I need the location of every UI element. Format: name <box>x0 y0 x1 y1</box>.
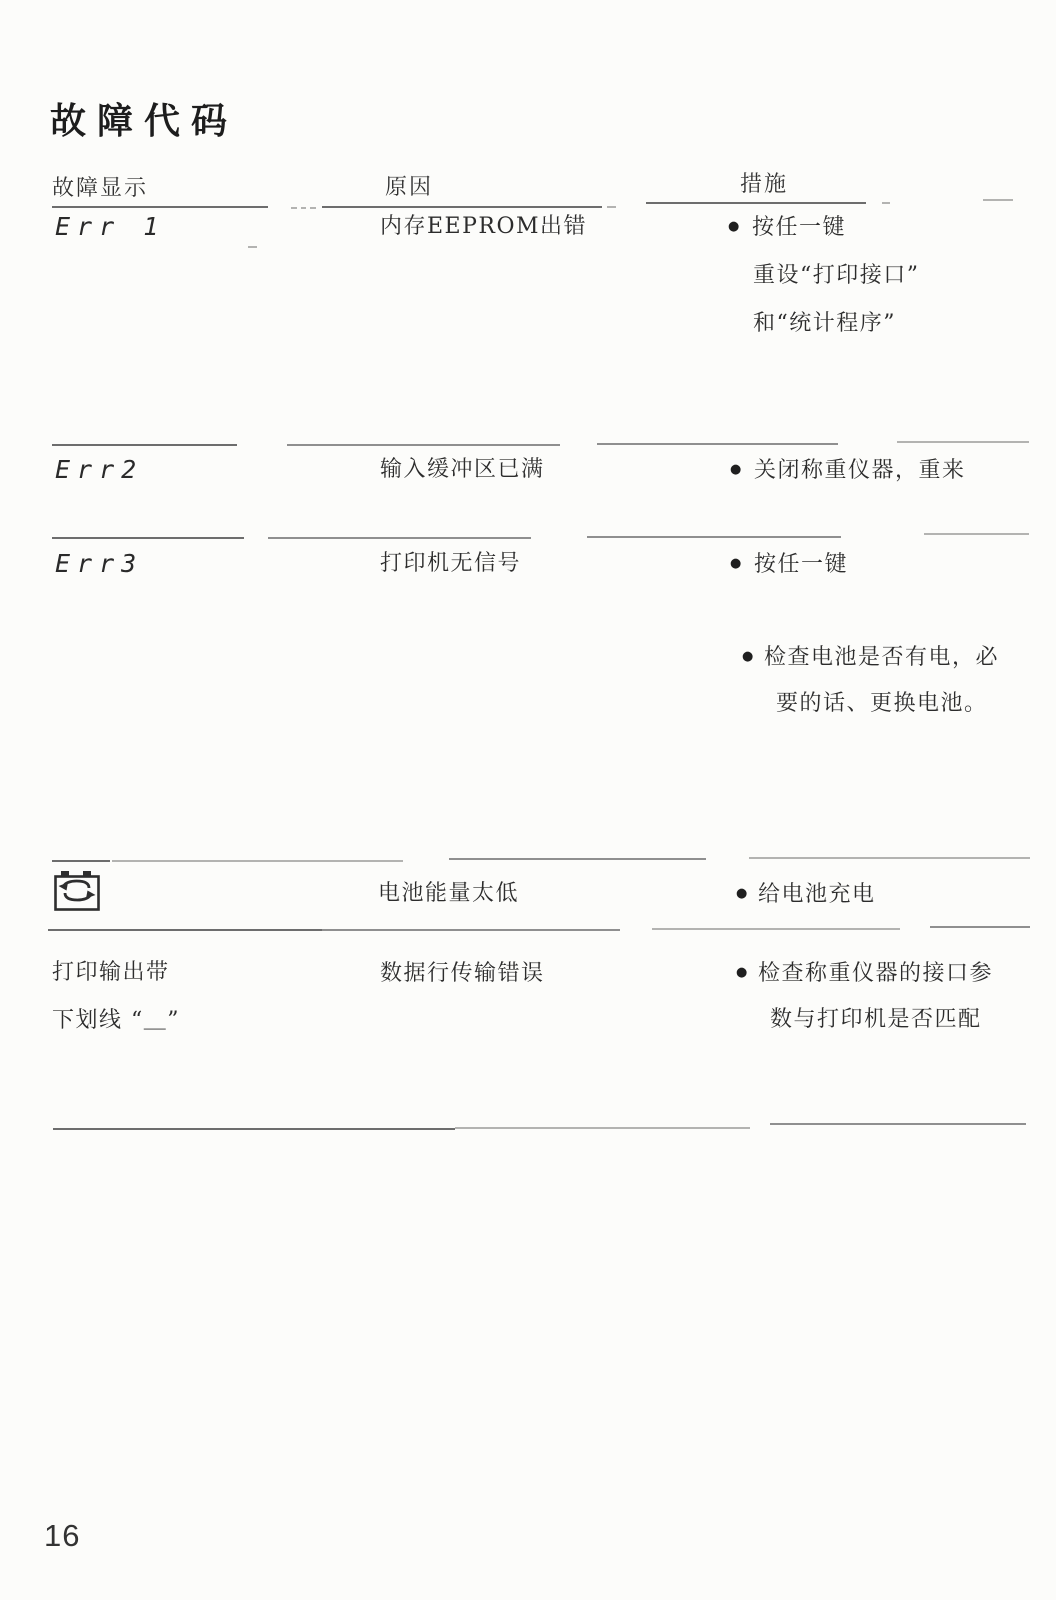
scan-artifact-dash <box>248 246 257 248</box>
row-separator <box>749 857 1030 859</box>
bullet-marker: ● <box>742 646 753 668</box>
bottom-rule <box>455 1127 750 1129</box>
cause-err1: 内存EEPROM出错 <box>380 209 587 240</box>
action-err2-line1: 关闭称重仪器，重来 <box>754 453 966 484</box>
page-title: 故障代码 <box>50 93 238 144</box>
fault-display-print-line1: 打印输出带 <box>52 955 170 986</box>
header-rule <box>646 202 866 204</box>
row-separator <box>587 536 841 538</box>
row-separator <box>287 444 560 446</box>
bullet-marker: ● <box>736 883 747 905</box>
action-err1-line2: 重设“打印接口” <box>753 258 920 289</box>
action-err3-a-line1: 按任一键 <box>754 547 848 578</box>
row-separator <box>48 929 322 931</box>
page-number: 16 <box>44 1518 80 1554</box>
action-err1-line3: 和“统计程序” <box>753 306 896 337</box>
cause-low-battery: 电池能量太低 <box>378 876 519 907</box>
fault-code-err2: Err2 <box>55 455 143 484</box>
cause-data-transfer: 数据行传输错误 <box>380 956 545 987</box>
header-rule-dash <box>882 202 890 204</box>
cause-err2: 输入缓冲区已满 <box>380 452 545 483</box>
row-separator <box>930 926 1030 928</box>
bottom-rule <box>770 1123 1026 1125</box>
action-data-transfer-line1: 检查称重仪器的接口参 <box>758 956 993 987</box>
header-rule-dash <box>310 207 316 209</box>
action-low-battery-line1: 给电池充电 <box>758 877 876 908</box>
bullet-marker: ● <box>728 216 739 238</box>
cause-err3: 打印机无信号 <box>380 546 521 577</box>
action-data-transfer-line2: 数与打印机是否匹配 <box>770 1002 982 1033</box>
row-separator <box>449 858 706 860</box>
bullet-marker: ● <box>730 459 741 481</box>
row-separator <box>268 537 531 539</box>
row-separator <box>897 441 1029 443</box>
bullet-marker: ● <box>736 962 747 984</box>
row-separator <box>52 444 237 446</box>
manual-page: 故障代码 故障显示 原因 措施 Err 1 内存EEPROM出错 ● 按任一键 … <box>0 0 1056 1600</box>
action-err3-b-line1: 检查电池是否有电，必 <box>764 640 999 671</box>
bottom-rule <box>53 1128 455 1130</box>
fault-display-print-line2: 下划线 “＿” <box>52 1003 180 1034</box>
header-rule-dash <box>301 207 306 209</box>
row-separator <box>52 537 244 539</box>
bullet-marker: ● <box>730 553 741 575</box>
column-header-fault-display: 故障显示 <box>52 171 148 202</box>
row-separator <box>924 533 1029 535</box>
action-err3-b-line2: 要的话、更换电池。 <box>776 686 988 717</box>
header-rule-dash <box>607 206 616 208</box>
row-separator <box>52 860 110 862</box>
column-header-cause: 原因 <box>385 170 433 201</box>
header-rule <box>52 206 268 208</box>
action-err1-line1: 按任一键 <box>752 210 846 241</box>
row-separator <box>322 929 620 931</box>
header-rule-dash <box>983 199 1013 201</box>
row-separator <box>112 860 403 862</box>
header-rule <box>322 206 602 208</box>
column-header-measures: 措施 <box>740 167 788 198</box>
row-separator <box>597 443 838 445</box>
fault-code-err1: Err 1 <box>55 212 165 241</box>
fault-code-err3: Err3 <box>55 549 143 578</box>
header-rule-dash <box>291 207 297 209</box>
battery-recharge-icon <box>54 871 100 911</box>
row-separator <box>652 928 900 930</box>
